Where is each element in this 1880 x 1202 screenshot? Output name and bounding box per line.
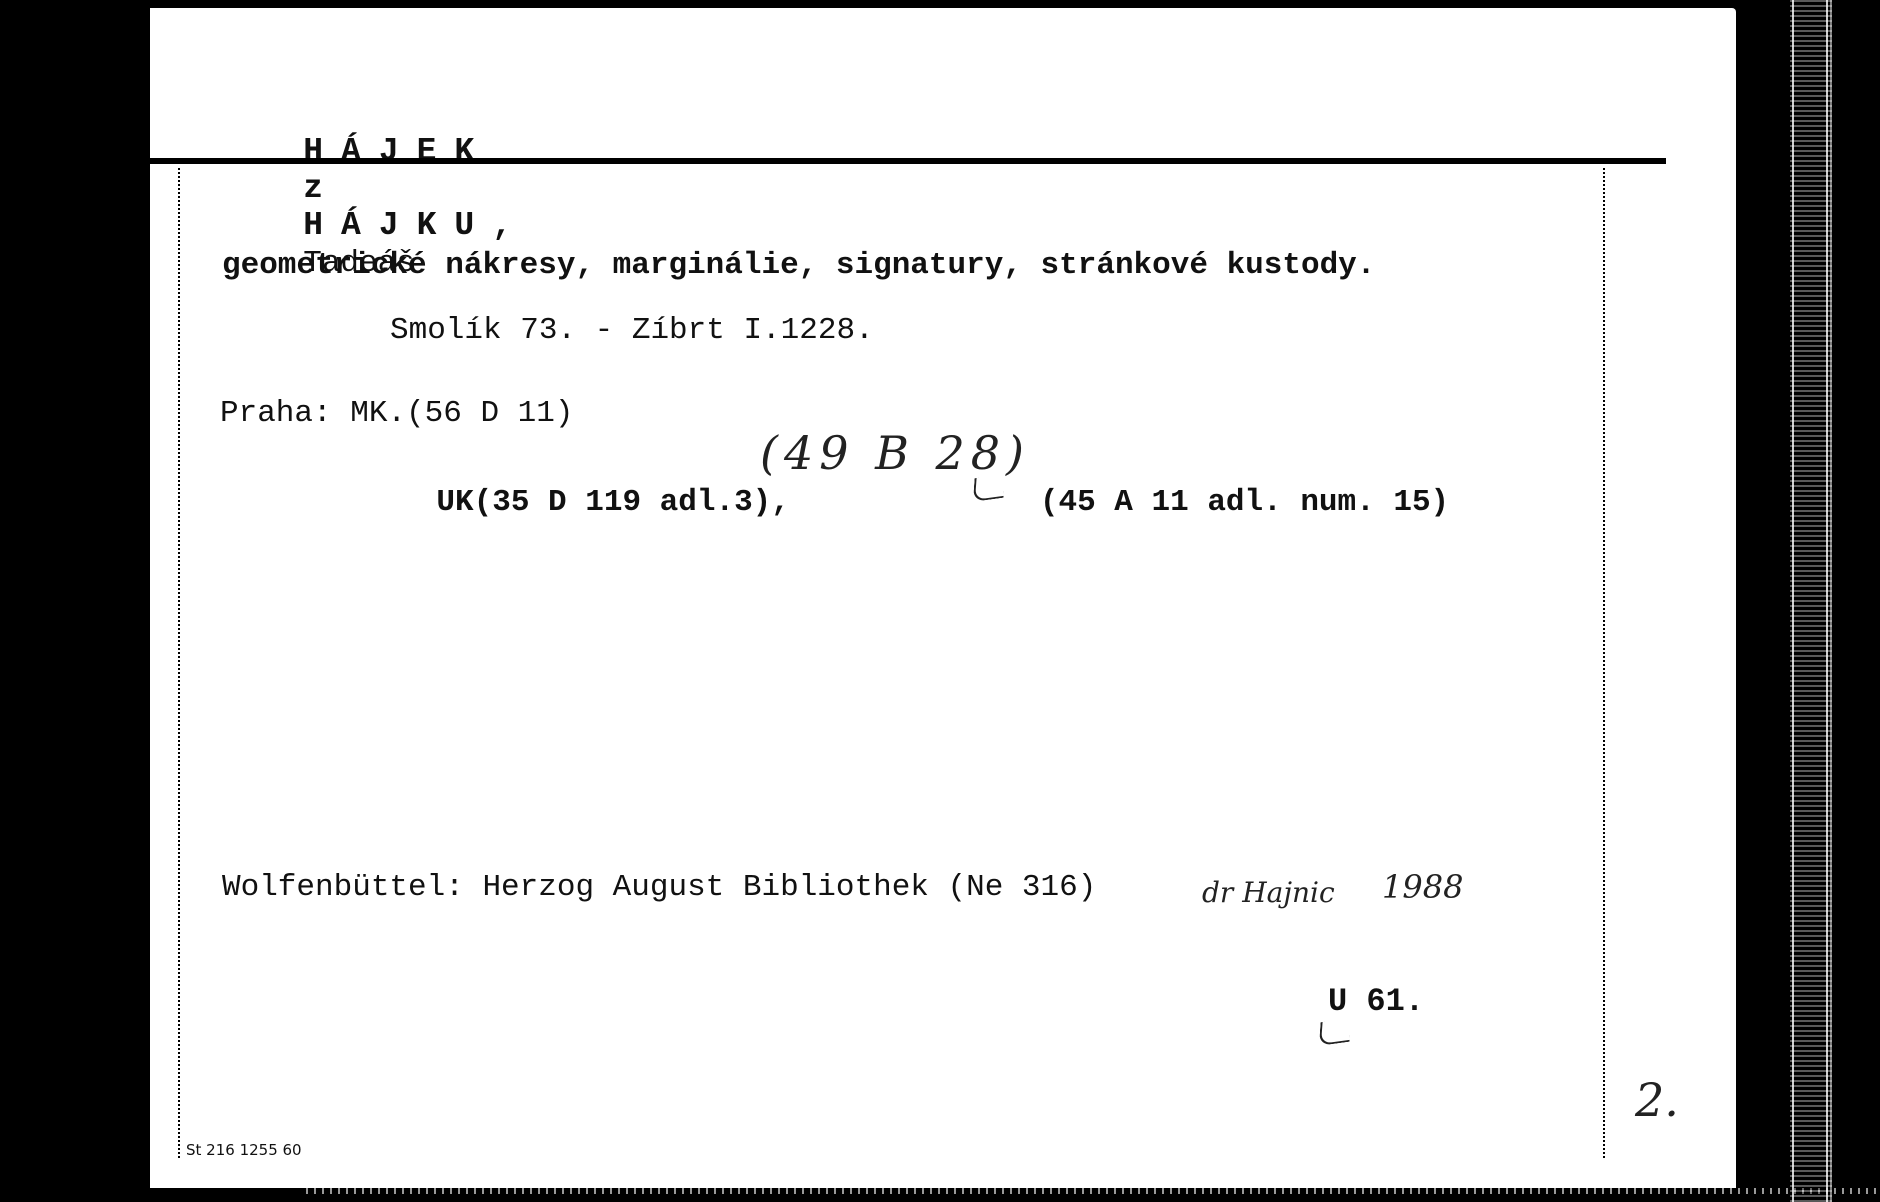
location-praha-mk: Praha: MK.(56 D 11) bbox=[220, 396, 573, 431]
right-margin-line bbox=[1603, 168, 1605, 1158]
left-margin-line bbox=[178, 168, 180, 1158]
scan-edge-line bbox=[1792, 0, 1794, 1202]
header-rule bbox=[150, 158, 1666, 164]
scan-edge-line bbox=[1830, 0, 1832, 1202]
card-heading: HÁJEK z HÁJKU, Tadeáš bbox=[220, 96, 530, 318]
location-wolfenbuttel: Wolfenbüttel: Herzog August Bibliothek (… bbox=[222, 870, 1096, 905]
form-code: St 216 1255 60 bbox=[186, 1141, 302, 1159]
heading-surname-1: HÁJEK bbox=[303, 133, 492, 170]
checkmark-icon bbox=[1319, 1018, 1351, 1046]
catalog-card: HÁJEK z HÁJKU, Tadeáš geometrické nákres… bbox=[150, 8, 1736, 1188]
heading-connector: z bbox=[303, 170, 341, 207]
bibliography-references: Smolík 73. - Zíbrt I.1228. bbox=[390, 313, 874, 348]
uk-shelfmark: UK(35 D 119 adl.3), bbox=[436, 485, 789, 520]
handwritten-shelfmark: (49 B 28) bbox=[760, 426, 1030, 480]
description-line: geometrické nákresy, marginálie, signatu… bbox=[222, 248, 1375, 283]
scan-edge-noise bbox=[300, 1188, 1880, 1194]
checkmark-icon bbox=[973, 474, 1005, 502]
handwritten-note-year: 1988 bbox=[1382, 868, 1463, 906]
heading-surname-2: HÁJKU, bbox=[303, 207, 530, 244]
handwritten-note-name: dr Hajnic bbox=[1202, 876, 1335, 909]
handwritten-corner-number: 2. bbox=[1635, 1073, 1679, 1127]
scan-edge-line bbox=[1826, 0, 1828, 1202]
uk-shelfmark-additional: (45 A 11 adl. num. 15) bbox=[1040, 485, 1449, 520]
shelf-code: U 61. bbox=[1328, 983, 1424, 1020]
